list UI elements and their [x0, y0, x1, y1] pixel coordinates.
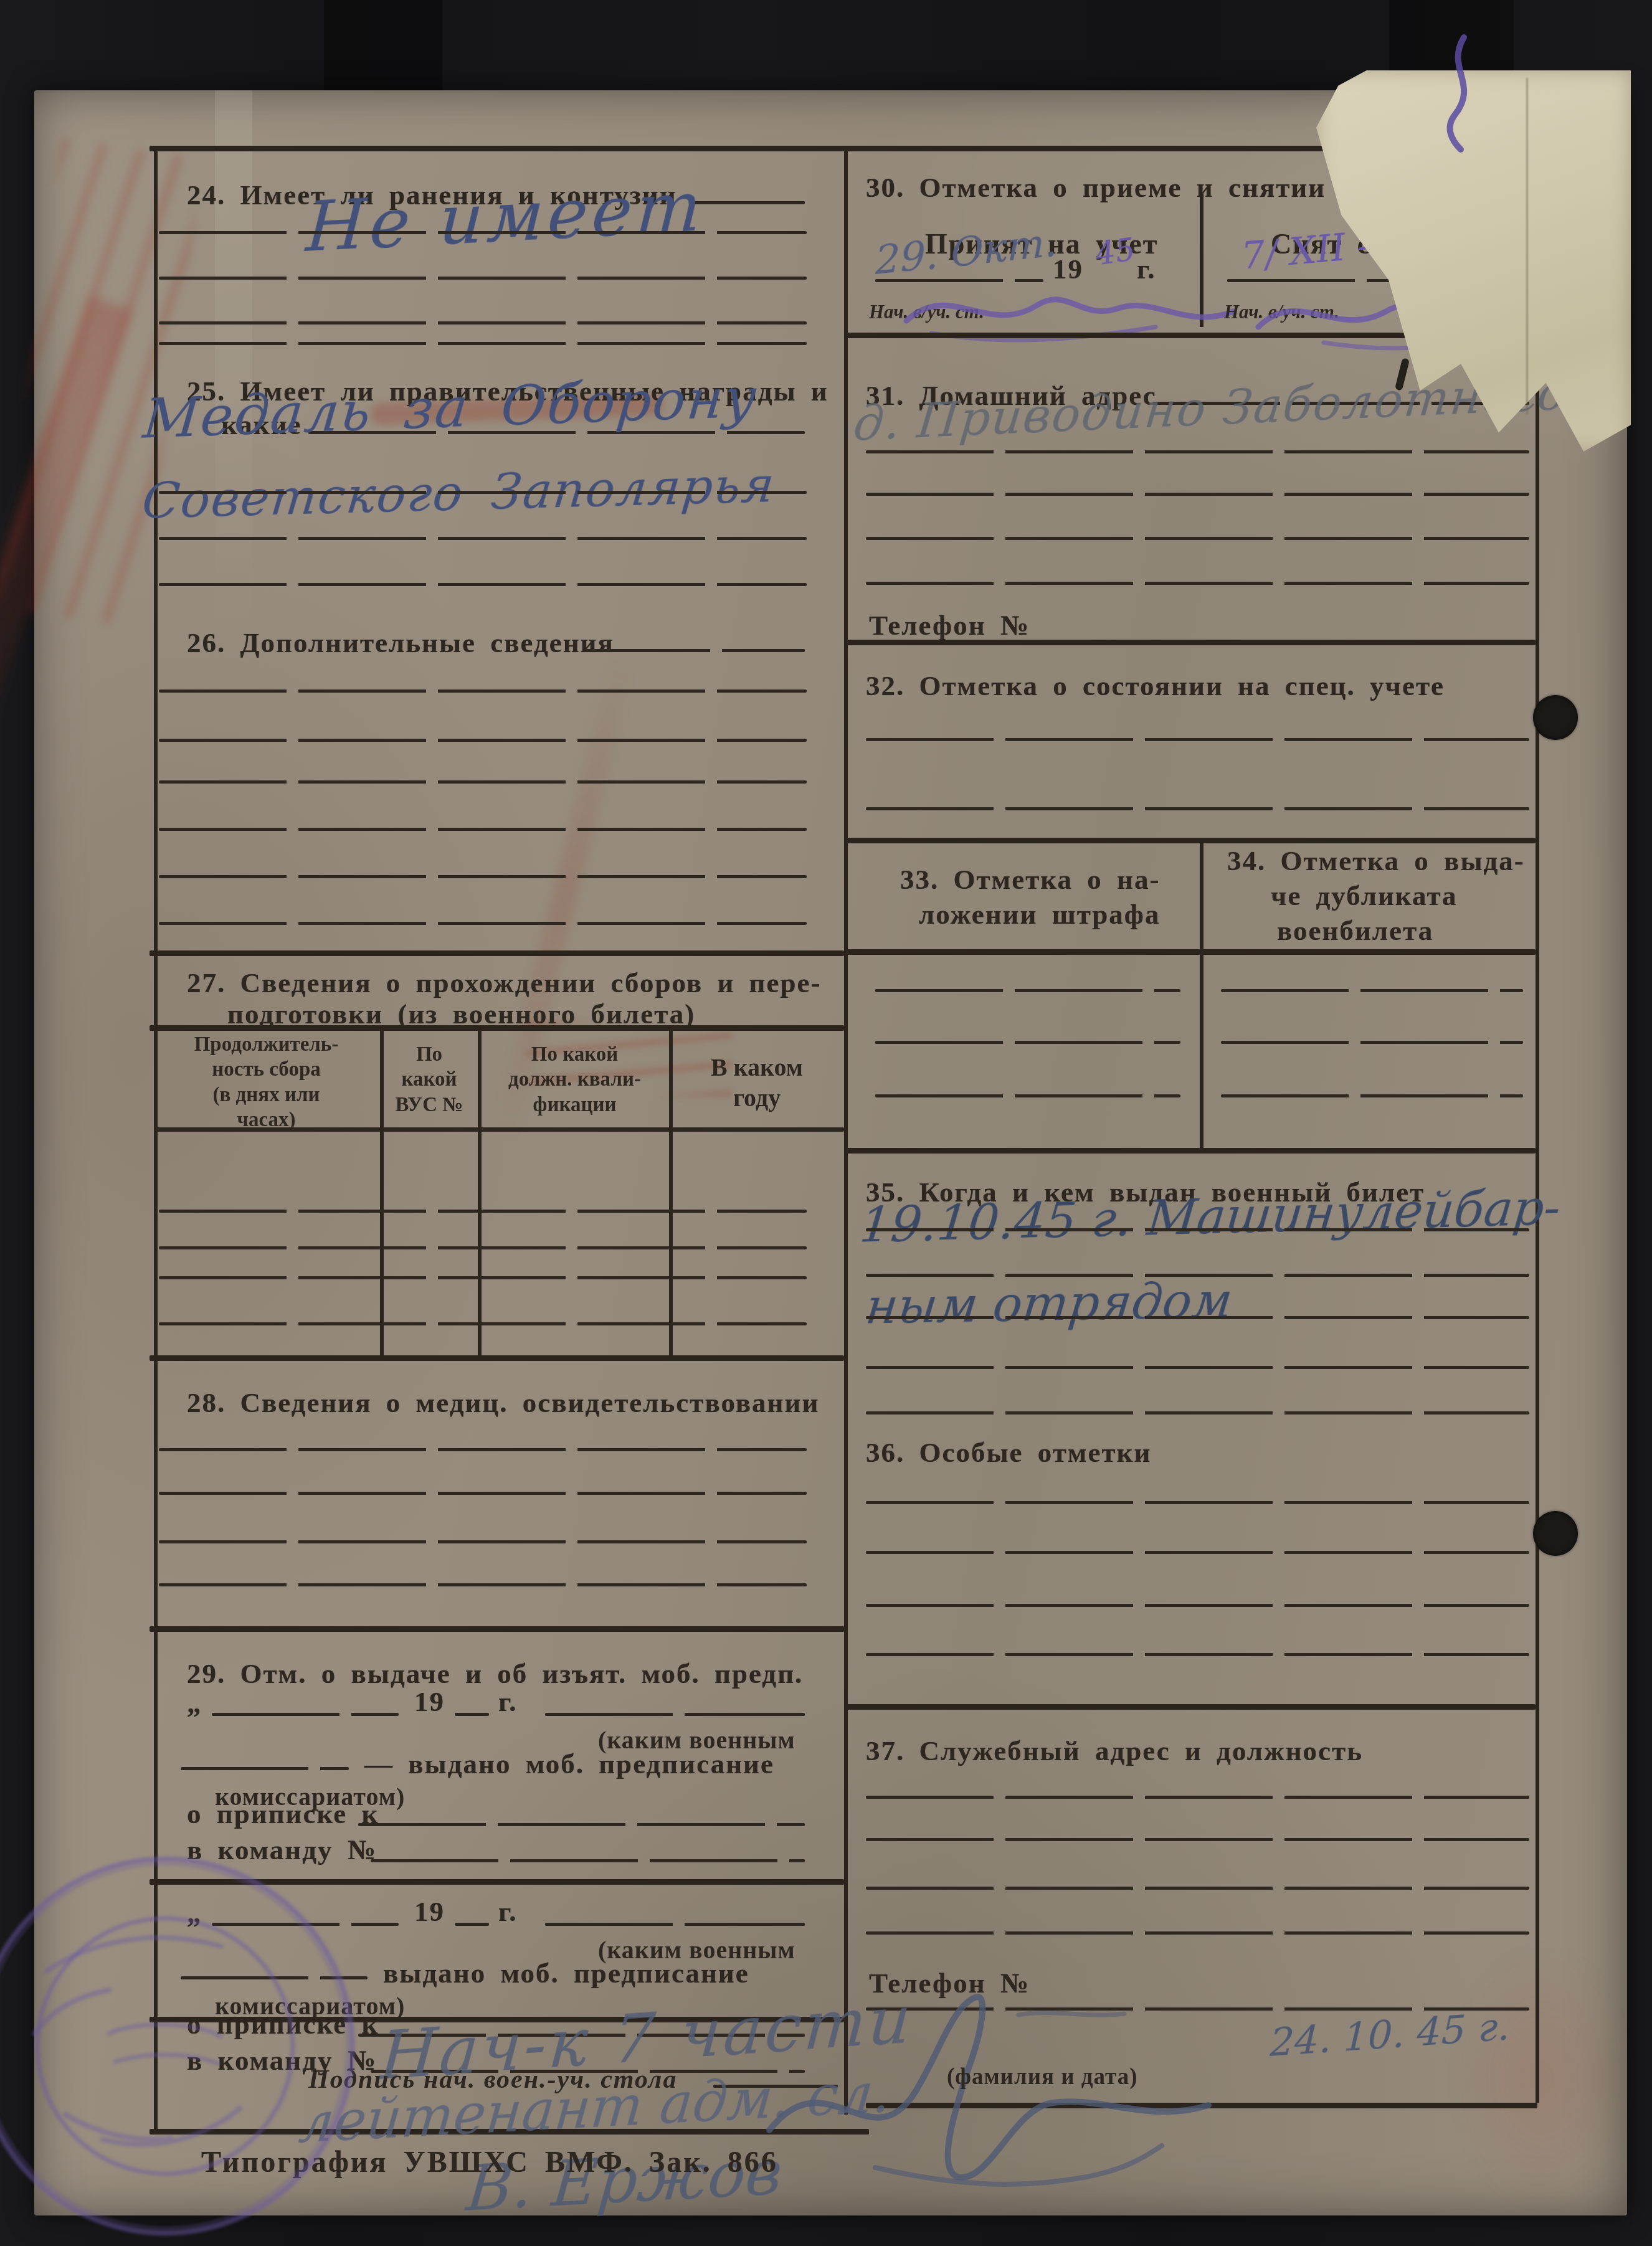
mob-enroll-line	[358, 1823, 805, 1826]
mob-line	[181, 1767, 349, 1770]
ruled-line	[866, 1228, 1529, 1231]
hdr-line: ность сбора	[212, 1058, 321, 1081]
table-header-underline	[154, 1127, 844, 1132]
fine-row-line	[875, 1094, 1180, 1097]
table-row-line	[159, 1210, 807, 1213]
ruled-line	[159, 780, 807, 784]
ruled-line	[159, 739, 807, 742]
section-27-title-line1: 27. Сведения о прохождении сборов и пере…	[187, 967, 821, 998]
registration-card-page: 24. Имеет ли ранения и контузии Не имеет…	[34, 90, 1627, 2215]
table-header-vus: По какой ВУС №	[383, 1042, 475, 1117]
mob-year-suffix: г.	[498, 1686, 518, 1717]
ruled-line	[159, 922, 807, 925]
ruled-line	[866, 738, 1529, 741]
table-bottom-rule	[150, 1355, 844, 1361]
section-36-bottom-rule	[844, 1704, 1536, 1710]
ruled-line	[159, 1448, 807, 1451]
punch-hole-bottom	[1533, 1511, 1578, 1556]
mob-team-line	[371, 1859, 805, 1862]
ruled-line	[159, 491, 807, 494]
mob-year-dash	[455, 1923, 489, 1926]
section-29-title: 29. Отм. о выдаче и об изъят. моб. предп…	[187, 1658, 803, 1689]
hdr-line: какой	[401, 1068, 457, 1091]
red-ink-smudge-left-margin	[0, 139, 204, 628]
ruled-line	[866, 1796, 1529, 1799]
hdr-line: (в днях или	[213, 1084, 320, 1106]
ruled-line	[866, 493, 1529, 496]
section-33-34-bottom-rule	[844, 1148, 1536, 1154]
section-32-title: 32. Отметка о состоянии на спец. учете	[866, 670, 1445, 701]
mob-line	[545, 1923, 805, 1926]
table-header-position: По какой должн. квали- фикации	[483, 1042, 667, 1117]
ruled-line	[159, 1492, 807, 1495]
ruled-line	[866, 1551, 1529, 1554]
pink-smudge-bottom-right	[1455, 1946, 1629, 2208]
section-34-title-line3: военбилета	[1277, 915, 1433, 946]
duplicate-row-line	[1221, 1041, 1523, 1044]
footer-date-handwriting: 24. 10. 45 г.	[1269, 2003, 1511, 2065]
duplicate-row-line	[1221, 1094, 1523, 1097]
section-28-title: 28. Сведения о медиц. освидетельствовани…	[187, 1387, 819, 1418]
signature-hint: (фамилия и дата)	[947, 2064, 1138, 2090]
section-31-phone-label: Телефон №	[869, 610, 1030, 641]
mob-year-label: 19	[414, 1686, 445, 1717]
duplicate-row-line	[1221, 989, 1523, 992]
hdr-line: Продолжитель-	[194, 1033, 339, 1056]
ruled-line	[866, 1274, 1529, 1277]
section-27-top-rule	[150, 950, 844, 956]
section-33-34-header-rule	[844, 949, 1536, 955]
table-row-line	[159, 1276, 807, 1279]
ruled-line	[866, 1316, 1529, 1319]
mob-date-quote: „	[187, 1688, 202, 1719]
red-ink-diagonal-streak	[0, 296, 131, 987]
ruled-line	[866, 1838, 1529, 1841]
ruled-line	[866, 582, 1529, 585]
section-33-34-divider	[1200, 838, 1203, 1148]
ruled-line	[866, 1653, 1529, 1656]
fine-row-line	[875, 1041, 1180, 1044]
table-row-line	[159, 1322, 807, 1325]
section-28-bottom-rule	[150, 1626, 844, 1632]
section-26-title-dash	[582, 649, 805, 652]
scan-background: 24. Имеет ли ранения и контузии Не имеет…	[0, 0, 1652, 2246]
section-27-header-top-rule	[150, 1025, 844, 1031]
mob-enroll-label: о приписке к	[187, 1798, 379, 1829]
mob-issued-label: — выдано моб. предписание	[364, 1748, 774, 1779]
ruled-line	[866, 537, 1529, 540]
ruled-line	[159, 1583, 807, 1586]
ruled-line	[159, 277, 807, 280]
hdr-line: По	[416, 1043, 442, 1066]
section-31-bottom-rule	[844, 640, 1536, 645]
hdr-line: должн. квали-	[508, 1068, 641, 1091]
ruled-line	[866, 1411, 1529, 1414]
frame-center-divider	[844, 146, 848, 2115]
section-34-title-line1: 34. Отметка о выда-	[1227, 845, 1525, 876]
mob-year-suffix: г.	[498, 1896, 518, 1927]
scan-streak	[215, 90, 252, 651]
mob-year-dash	[455, 1713, 489, 1716]
ruled-line	[866, 1887, 1529, 1890]
ruled-line	[159, 875, 807, 878]
hdr-line: В каком	[711, 1053, 803, 1081]
mob-issued-label: выдано моб. предписание	[383, 1958, 749, 1989]
hdr-line: По какой	[531, 1043, 619, 1066]
section-32-bottom-rule	[844, 838, 1536, 843]
table-header-duration: Продолжитель- ность сбора (в днях или ча…	[159, 1032, 374, 1132]
section-37-title: 37. Служебный адрес и должность	[866, 1735, 1363, 1766]
punch-hole-top	[1533, 695, 1578, 740]
ruled-line	[866, 807, 1529, 810]
section-33-title-line1: 33. Отметка о на-	[900, 864, 1161, 895]
table-header-year: В каком году	[673, 1053, 841, 1114]
ruled-line	[159, 321, 807, 325]
hdr-line: ВУС №	[396, 1094, 463, 1116]
ruled-line	[159, 342, 807, 345]
frame-right-border	[1536, 146, 1539, 2103]
hdr-line: фикации	[533, 1094, 617, 1116]
ruled-line	[866, 1604, 1529, 1607]
fine-row-line	[875, 989, 1180, 992]
mob-year-label: 19	[414, 1896, 445, 1927]
ruled-line	[159, 1540, 807, 1543]
section-24-title-dash	[691, 201, 805, 204]
table-divider-2	[478, 1025, 482, 1355]
ruled-line	[866, 450, 1529, 453]
ruled-line	[866, 1366, 1529, 1369]
section-33-title-line2: ложении штрафа	[919, 899, 1160, 930]
table-divider-3	[669, 1025, 673, 1355]
scanner-shadow-band-left	[324, 0, 442, 93]
patch-pen-stroke	[1420, 31, 1489, 156]
section-36-title: 36. Особые отметки	[866, 1437, 1151, 1468]
section-34-title-line2: че дубликата	[1271, 880, 1458, 911]
ruled-line	[159, 689, 807, 693]
ruled-line	[159, 828, 807, 831]
ruled-line	[866, 1501, 1529, 1504]
table-row-line	[159, 1246, 807, 1249]
mob-line	[545, 1713, 805, 1716]
table-divider-1	[380, 1025, 384, 1355]
commissariat-stamp	[0, 1847, 377, 2245]
ruled-line	[866, 1931, 1529, 1935]
section-26-title: 26. Дополнительные сведения	[187, 627, 614, 658]
mob-date-line	[212, 1713, 399, 1716]
ruled-line	[159, 231, 807, 234]
ruled-line	[159, 537, 807, 540]
ruled-line	[159, 583, 807, 586]
section-35-entry-line2-handwriting: ным отрядом	[863, 1272, 1235, 1335]
hdr-line: году	[733, 1084, 781, 1112]
